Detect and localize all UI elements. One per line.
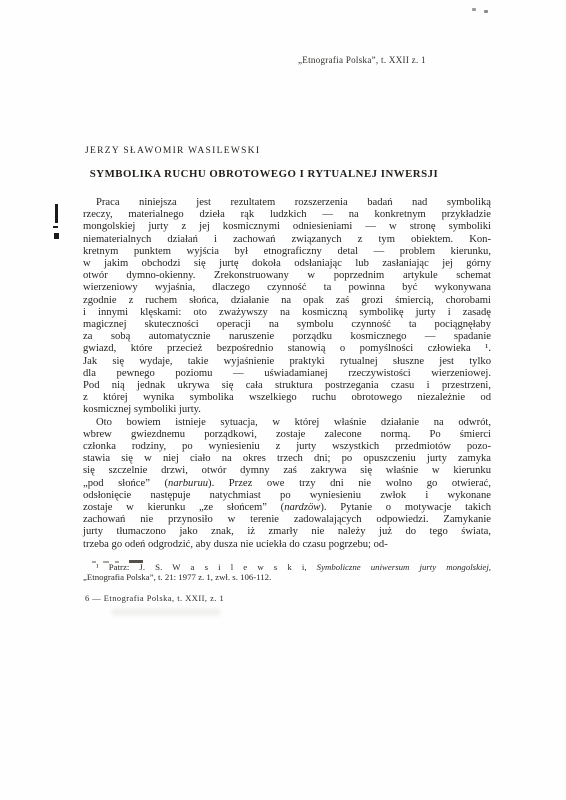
text-line: kosmicznej symboliki jurty. (83, 404, 491, 416)
text-line: wbrew gwiezdnemu porządkowi, zostaje zal… (83, 429, 491, 441)
margin-mark-dash (53, 226, 58, 228)
running-head: „Etnografia Polska”, t. XXII z. 1 (298, 55, 426, 65)
text-line: mongolskiej jurty z jej kosmicznymi odni… (83, 221, 491, 233)
text-line: kretnym punktem wyjścia był etnograficzn… (83, 246, 491, 258)
text-line: „pod słońce” (narburuu). Przez owe trzy … (83, 478, 491, 490)
text-line: „Etnografia Polska”, t. 21: 1977 z. 1, z… (83, 572, 491, 582)
text-line: odsłonięcie następuje natychmiast po wyn… (83, 490, 491, 502)
author-name: JERZY SŁAWOMIR WASILEWSKI (85, 146, 260, 156)
footnote: ¹ Patrz: J. S. W a s i l e w s k i, Symb… (83, 562, 491, 582)
article-body: Praca niniejsza jest rezultatem rozszerz… (83, 197, 491, 551)
scanned-journal-page: „Etnografia Polska”, t. XXII z. 1 JERZY … (0, 0, 566, 800)
text-line: stawia się w niej ciało na okres trzech … (83, 453, 491, 465)
text-line: gwiazd, które przecież bezpośrednio stan… (83, 343, 491, 355)
scan-speck (472, 8, 476, 11)
text-line: zgodnie z ruchem słońca, działanie na op… (83, 295, 491, 307)
text-line: za sobą automatycznie naruszenie porządk… (83, 331, 491, 343)
text-line: zachowań nie przynosiło w terenie zadowa… (83, 514, 491, 526)
margin-mark-bar (55, 204, 58, 223)
margin-mark-blob (54, 233, 59, 239)
text-line: Oto bowiem istnieje sytuacja, w której w… (83, 417, 491, 429)
text-line: Pod nią jednak ukrywa się cała struktura… (83, 380, 491, 392)
text-line: zostaje w kierunku „ze słońcem” (nardzöw… (83, 502, 491, 514)
text-line: otwór dymno-okienny. Zrekonstruowany w p… (83, 270, 491, 282)
paragraph: Praca niniejsza jest rezultatem rozszerz… (83, 197, 491, 417)
text-line: członka rodziny, po wyniesieniu z jurty … (83, 441, 491, 453)
article-title: SYMBOLIKA RUCHU OBROTOWEGO I RYTUALNEJ I… (60, 168, 468, 180)
ink-bleed-artifact (112, 609, 220, 615)
text-line: niematerialnych działań i zachowań związ… (83, 234, 491, 246)
text-line: z której wynika symbolika wszelkiego ruc… (83, 392, 491, 404)
text-line: w jakim obchodzi się jurtę dokoła odsłan… (83, 258, 491, 270)
text-line: wierzeniowy wyjaśnia, dlaczego czynność … (83, 282, 491, 294)
text-line: magicznej skuteczności operacji na symbo… (83, 319, 491, 331)
printer-signature: 6 — Etnografia Polska, t. XXII, z. 1 (85, 594, 224, 603)
text-line: dla pewnego poziomu — uświadamianej rzec… (83, 368, 491, 380)
text-line: i innymi klęskami: oto zważywszy na kosm… (83, 307, 491, 319)
text-line: ¹ Patrz: J. S. W a s i l e w s k i, Symb… (83, 562, 491, 572)
paragraph: Oto bowiem istnieje sytuacja, w której w… (83, 417, 491, 551)
text-line: rzeczy, materialnego dzieła rąk ludzkich… (83, 209, 491, 221)
text-line: Jak się wydaje, takie wyjaśnienie prakty… (83, 356, 491, 368)
scan-speck (484, 10, 488, 13)
text-line: jurty tłumaczono jako znak, iż zmarły ni… (83, 526, 491, 538)
text-line: trzeba go odeń odgrodzić, aby dusza nie … (83, 539, 491, 551)
text-line: się szczelnie drzwi, otwór dymny zaś zak… (83, 465, 491, 477)
text-line: Praca niniejsza jest rezultatem rozszerz… (83, 197, 491, 209)
